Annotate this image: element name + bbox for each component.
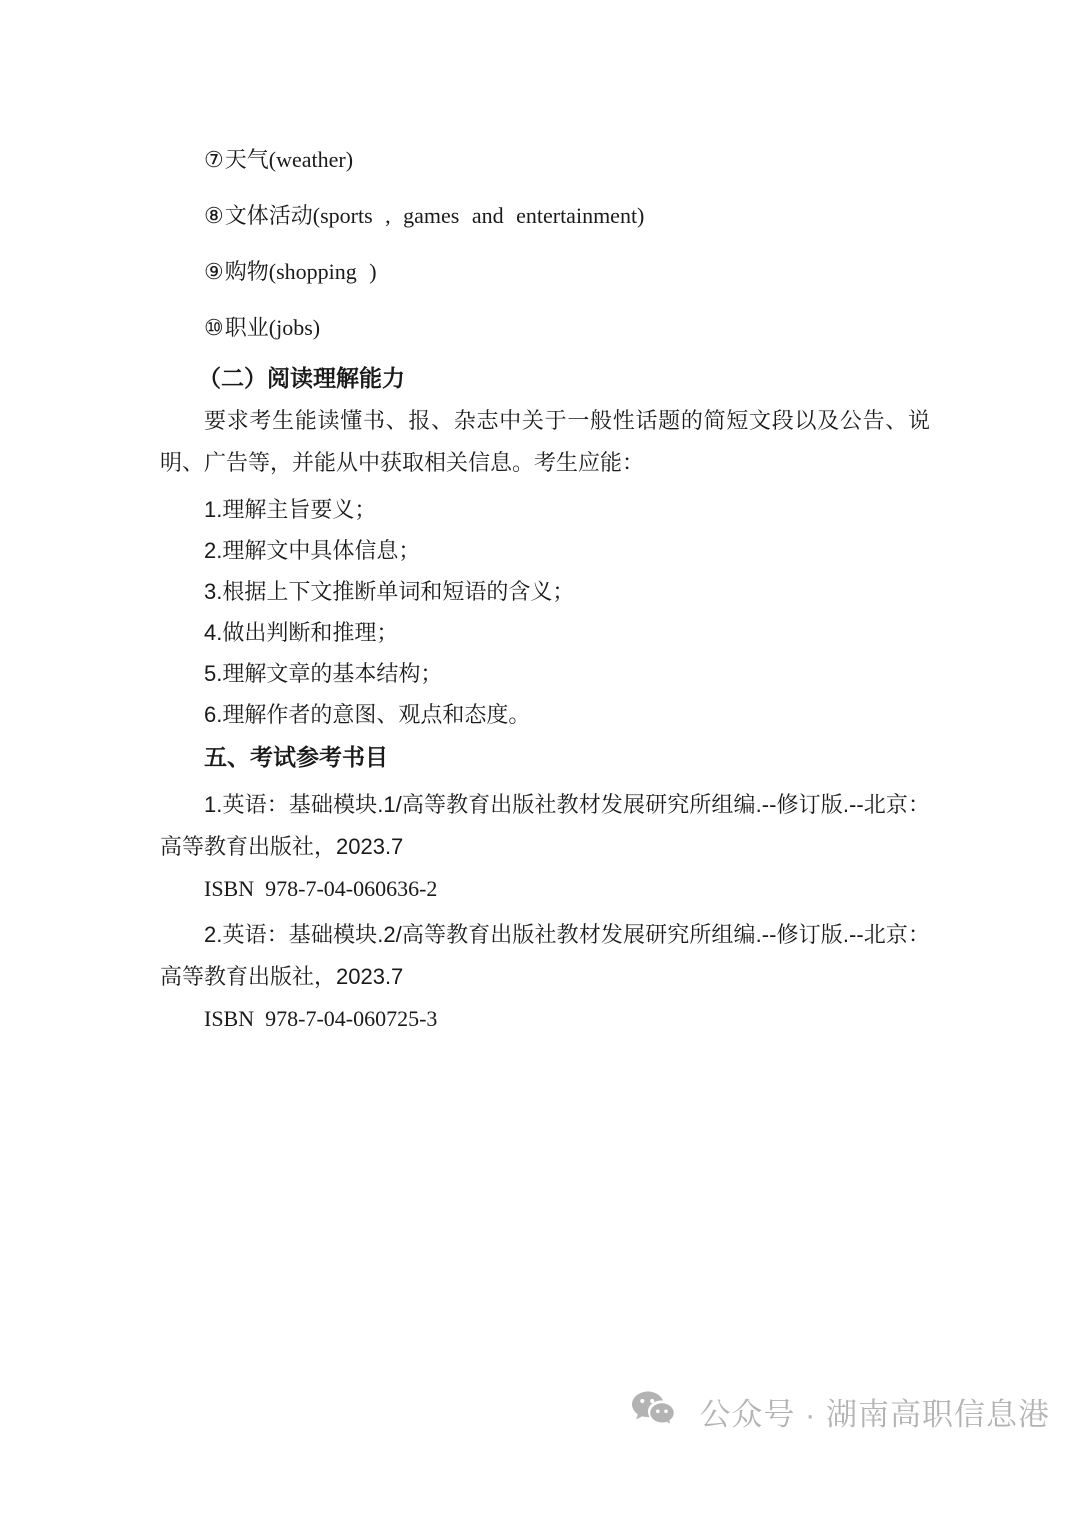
document-page: ⑦天气(weather) ⑧文体活动(sports , games and en… bbox=[0, 0, 1080, 1526]
document-content: ⑦天气(weather) ⑧文体活动(sports , games and en… bbox=[160, 132, 930, 1039]
topic-number: ⑨ bbox=[204, 259, 225, 284]
section-heading-references: 五、考试参考书目 bbox=[160, 735, 930, 779]
skill-item: 6.理解作者的意图、观点和态度。 bbox=[160, 694, 930, 735]
topic-label: 天气 bbox=[225, 147, 269, 172]
book-reference-1: 1.英语：基础模块.1/高等教育出版社教材发展研究所组编.--修订版.--北京：… bbox=[160, 784, 930, 909]
skill-item: 1.理解主旨要义； bbox=[160, 489, 930, 530]
topic-label: 购物 bbox=[225, 259, 269, 284]
topic-number: ⑧ bbox=[204, 203, 225, 228]
reading-skills-list: 1.理解主旨要义； 2.理解文中具体信息； 3.根据上下文推断单词和短语的含义；… bbox=[160, 489, 930, 735]
topic-number: ⑩ bbox=[204, 315, 225, 340]
skill-item: 3.根据上下文推断单词和短语的含义； bbox=[160, 571, 930, 612]
topic-english: (sports , games and entertainment) bbox=[313, 203, 645, 228]
section-heading-reading: （二）阅读理解能力 bbox=[160, 356, 930, 400]
skill-item: 4.做出判断和推理； bbox=[160, 612, 930, 653]
book-entry: 1.英语：基础模块.1/高等教育出版社教材发展研究所组编.--修订版.--北京：… bbox=[160, 784, 930, 868]
topic-item-weather: ⑦天气(weather) bbox=[160, 132, 930, 188]
topic-english: (shopping ) bbox=[269, 259, 377, 284]
book-isbn: ISBN 978-7-04-060636-2 bbox=[160, 868, 930, 909]
watermark-footer: 公众号 · 湖南高职信息港 bbox=[630, 1318, 1050, 1504]
topic-item-activities: ⑧文体活动(sports , games and entertainment) bbox=[160, 188, 930, 244]
topic-english: (weather) bbox=[269, 147, 353, 172]
skill-item: 2.理解文中具体信息； bbox=[160, 530, 930, 571]
topic-label: 职业 bbox=[225, 315, 269, 340]
topic-item-shopping: ⑨购物(shopping ) bbox=[160, 244, 930, 300]
topic-item-jobs: ⑩职业(jobs) bbox=[160, 300, 930, 356]
book-isbn: ISBN 978-7-04-060725-3 bbox=[160, 998, 930, 1039]
book-reference-2: 2.英语：基础模块.2/高等教育出版社教材发展研究所组编.--修订版.--北京：… bbox=[160, 914, 930, 1039]
topic-number: ⑦ bbox=[204, 147, 225, 172]
reading-intro-paragraph: 要求考生能读懂书、报、杂志中关于一般性话题的简短文段以及公告、说明、广告等，并能… bbox=[160, 400, 930, 484]
topic-label: 文体活动 bbox=[225, 203, 313, 228]
topic-list: ⑦天气(weather) ⑧文体活动(sports , games and en… bbox=[160, 132, 930, 356]
book-entry: 2.英语：基础模块.2/高等教育出版社教材发展研究所组编.--修订版.--北京：… bbox=[160, 914, 930, 998]
watermark-text: 公众号 · 湖南高职信息港 bbox=[699, 1389, 1050, 1434]
skill-item: 5.理解文章的基本结构； bbox=[160, 653, 930, 694]
topic-english: (jobs) bbox=[269, 315, 320, 340]
wechat-icon bbox=[630, 1318, 688, 1504]
